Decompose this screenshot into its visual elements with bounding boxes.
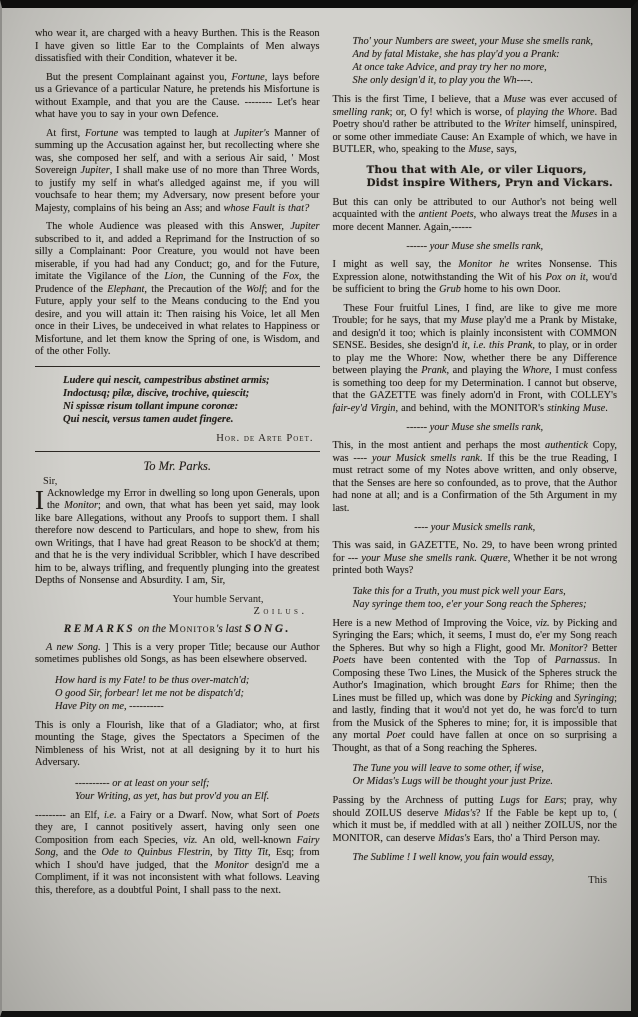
- letter-body-text: Acknowledge my Error in dwelling so long…: [35, 488, 320, 587]
- paragraph-midas-ears: Passing by the Archness of putting Lugs …: [333, 795, 618, 845]
- letter-body: IAcknowledge my Error in dwelling so lon…: [35, 488, 320, 588]
- paragraph-gazette-29: This was said, in GAZETTE, No. 29, to ha…: [333, 540, 618, 578]
- letter-signature: Zoilus.: [35, 606, 320, 617]
- scanned-page: who wear it, are charged with a heavy Bu…: [0, 0, 638, 1017]
- right-column: Tho' your Numbers are sweet, your Muse s…: [333, 28, 618, 903]
- paragraph-flourish: This is only a Flourish, like that of a …: [35, 720, 320, 770]
- paragraph-elf: --------- an Elf, i.e. a Fairy or a Dwar…: [35, 810, 320, 898]
- letter-closing: Your humble Servant,: [35, 594, 320, 605]
- song-quote-elf: ---------- or at least on your self; You…: [75, 777, 320, 803]
- song-quote-muse-rank: Tho' your Numbers are sweet, your Muse s…: [353, 35, 618, 87]
- paragraph-antient-poets: But this can only be attributed to our A…: [333, 197, 618, 235]
- butler-quote-blackletter: Thou that with Ale, or viler Liquors, Di…: [367, 164, 618, 190]
- paragraph-new-song: A new Song. ] This is a very proper Titl…: [35, 642, 320, 667]
- remarks-word: REMARKS: [64, 623, 136, 635]
- paragraph-improving-voice: Here is a new Method of Improving the Vo…: [333, 618, 618, 756]
- remarks-heading: REMARKS on the Monitor's last SONG.: [35, 623, 320, 635]
- epigraph-attribution: Hor. de Arte Poet.: [35, 433, 314, 444]
- divider-rule-bottom: [35, 451, 320, 452]
- paragraph-four-lines: These Four fruitful Lines, I find, are l…: [333, 303, 618, 416]
- song-quote-pick-ears: Take this for a Truth, you must pick wel…: [353, 585, 618, 611]
- paragraph-nonsense: I might as well say, the Monitor he writ…: [333, 259, 618, 297]
- left-column: who wear it, are charged with a heavy Bu…: [35, 28, 320, 903]
- song-quote-sublime: The Sublime ! I well know, you fain woul…: [353, 852, 618, 863]
- refrain-musick-smells-rank: ---- your Musick smells rank,: [333, 522, 618, 533]
- letter-heading: To Mr. Parks.: [35, 459, 320, 474]
- paragraph-complainant: But the present Complainant against you,…: [35, 72, 320, 122]
- remarks-monitor: Monitor: [169, 623, 216, 635]
- refrain-muse-smells-rank-1: ------ your Muse she smells rank,: [333, 241, 618, 252]
- song-quote-midas: The Tune you will leave to some other, i…: [353, 762, 618, 788]
- paragraph-fortune-defence: At first, Fortune was tempted to laugh a…: [35, 128, 320, 216]
- paragraph-burthen: who wear it, are charged with a heavy Bu…: [35, 28, 320, 66]
- paragraph-jupiter-verdict: The whole Audience was pleased with this…: [35, 221, 320, 359]
- drop-cap: I: [35, 488, 47, 512]
- paragraph-authentick-copy: This, in the most antient and perhaps th…: [333, 440, 618, 515]
- remarks-mid2: 's last: [216, 623, 242, 635]
- song-quote-fate: How hard is my Fate! to be thus over-mat…: [55, 674, 320, 713]
- catchword: This: [333, 875, 618, 886]
- latin-epigraph: Ludere qui nescit, campestribus abstinet…: [63, 374, 320, 426]
- remarks-mid: on the: [138, 623, 166, 635]
- remarks-song: SONG.: [245, 623, 291, 635]
- paragraph-first-time: This is the first Time, I believe, that …: [333, 94, 618, 157]
- letter-salutation: Sir,: [43, 476, 320, 487]
- page-body: who wear it, are charged with a heavy Bu…: [2, 8, 631, 909]
- refrain-muse-smells-rank-2: ------ your Muse she smells rank,: [333, 422, 618, 433]
- divider-rule-top: [35, 366, 320, 367]
